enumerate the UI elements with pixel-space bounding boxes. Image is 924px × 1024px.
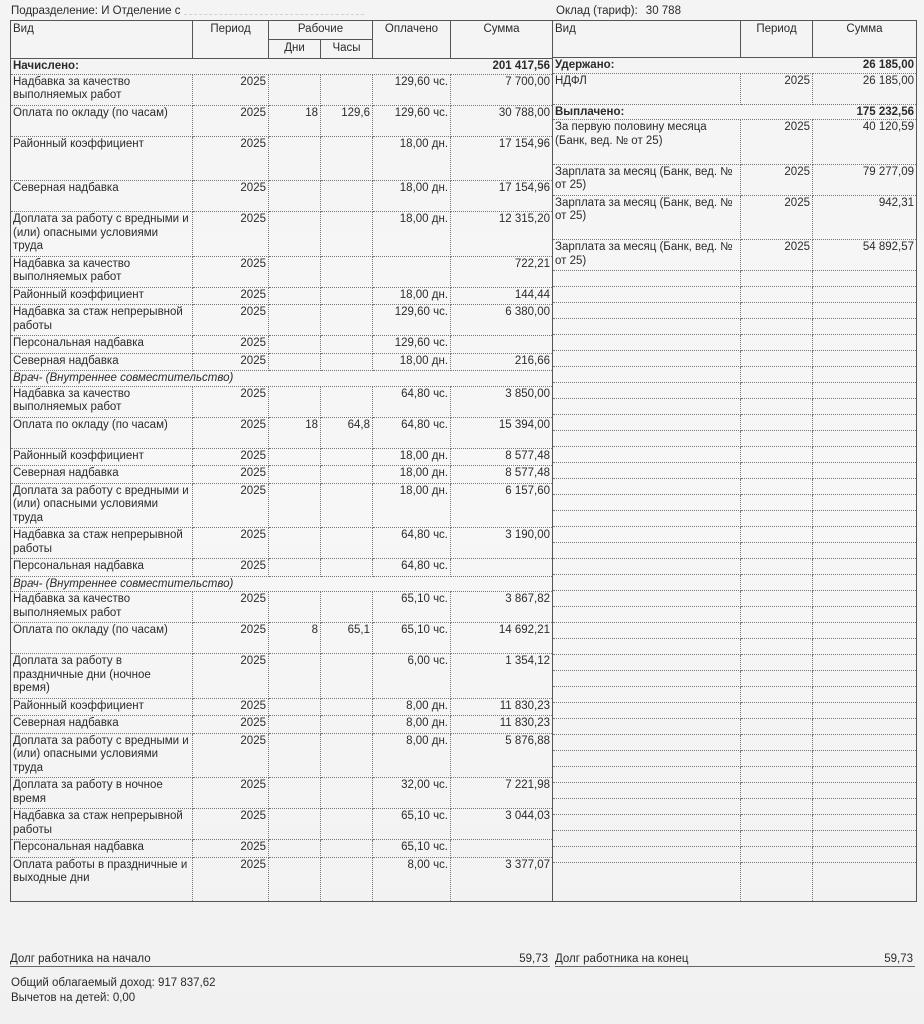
empty-cell <box>813 527 917 543</box>
days-cell <box>269 716 321 734</box>
hours-cell <box>321 716 373 734</box>
debt-end-row: Долг работника на конец 59,73 <box>555 952 915 967</box>
sum-cell: 40 120,59 <box>813 120 917 165</box>
period-cell: 2025 <box>741 164 813 195</box>
sum-cell: 722,21 <box>451 256 553 287</box>
days-cell <box>269 840 321 858</box>
type-cell: Доплата за работу с вредными и (или) опа… <box>11 733 193 778</box>
days-cell <box>269 74 321 105</box>
paid-cell: 64,80 чс. <box>373 528 451 559</box>
paid-cell: 8,00 дн. <box>373 733 451 778</box>
empty-cell <box>813 607 917 623</box>
period-cell: 2025 <box>193 654 269 699</box>
department-label: Подразделение: <box>11 5 98 17</box>
empty-cell <box>741 479 813 495</box>
paid-row: Зарплата за месяц (Банк, вед. № от 25)20… <box>553 195 917 240</box>
period-cell: 2025 <box>193 592 269 623</box>
days-cell <box>269 256 321 287</box>
paid-cell: 129,60 чс. <box>373 336 451 354</box>
paid-cell: 8,00 дн. <box>373 716 451 734</box>
empty-cell <box>741 383 813 399</box>
empty-cell <box>813 271 917 287</box>
empty-cell <box>741 271 813 287</box>
accrual-row: Районный коэффициент202518,00 дн.144,44 <box>11 287 553 305</box>
period-cell: 2025 <box>193 305 269 336</box>
period-cell: 2025 <box>193 212 269 257</box>
days-cell <box>269 336 321 354</box>
empty-row <box>553 783 917 799</box>
empty-cell <box>813 703 917 719</box>
paid-cell: 64,80 чс. <box>373 386 451 417</box>
empty-cell <box>813 591 917 607</box>
empty-row <box>553 671 917 687</box>
salary-value: 30 788 <box>646 5 681 17</box>
empty-row <box>553 319 917 335</box>
child-deductions-line: Вычетов на детей: 0,00 <box>11 991 216 1006</box>
empty-cell <box>741 767 813 783</box>
col-header-sum: Сумма <box>451 21 553 59</box>
empty-cell <box>813 303 917 319</box>
empty-row <box>553 271 917 287</box>
sum-cell: 15 394,00 <box>451 417 553 448</box>
paid-cell: 18,00 дн. <box>373 181 451 212</box>
accrual-row: Оплата работы в праздничные и выходные д… <box>11 857 553 902</box>
empty-cell <box>741 831 813 847</box>
period-cell: 2025 <box>193 778 269 809</box>
empty-cell <box>741 847 813 863</box>
empty-cell <box>813 447 917 463</box>
type-cell: Северная надбавка <box>11 716 193 734</box>
type-cell: Персональная надбавка <box>11 840 193 858</box>
empty-cell <box>813 863 917 902</box>
empty-cell <box>741 719 813 735</box>
period-cell: 2025 <box>193 105 269 136</box>
paid-total-row-value: 175 232,56 <box>813 104 917 120</box>
type-cell: Районный коэффициент <box>11 287 193 305</box>
days-cell <box>269 305 321 336</box>
empty-cell <box>553 383 741 399</box>
sum-cell: 12 315,20 <box>451 212 553 257</box>
accrual-row: Оплата по окладу (по часам)202518129,612… <box>11 105 553 136</box>
sum-cell: 14 692,21 <box>451 623 553 654</box>
empty-cell <box>813 511 917 527</box>
empty-cell <box>741 303 813 319</box>
period-cell: 2025 <box>741 73 813 104</box>
paid-cell: 64,80 чс. <box>373 559 451 577</box>
empty-cell <box>741 527 813 543</box>
empty-cell <box>741 783 813 799</box>
days-cell <box>269 857 321 902</box>
accrual-row: Персональная надбавка202564,80 чс. <box>11 559 553 577</box>
period-cell: 2025 <box>193 623 269 654</box>
empty-cell <box>553 447 741 463</box>
empty-cell <box>741 399 813 415</box>
hours-cell <box>321 136 373 181</box>
period-cell: 2025 <box>193 74 269 105</box>
period-cell: 2025 <box>193 698 269 716</box>
paid-cell: 8,00 дн. <box>373 698 451 716</box>
empty-row <box>553 719 917 735</box>
period-cell: 2025 <box>193 733 269 778</box>
accrual-row: Надбавка за качество выполняемых работ20… <box>11 592 553 623</box>
empty-cell <box>813 687 917 703</box>
type-cell: Северная надбавка <box>11 353 193 371</box>
period-cell: 2025 <box>193 857 269 902</box>
empty-cell <box>741 495 813 511</box>
type-cell: Надбавка за качество выполняемых работ <box>11 592 193 623</box>
section-row: Врач- (Внутреннее совместительство) <box>11 576 553 592</box>
sum-cell: 8 577,48 <box>451 466 553 484</box>
empty-cell <box>813 623 917 639</box>
empty-row <box>553 383 917 399</box>
period-cell: 2025 <box>193 528 269 559</box>
type-cell: Зарплата за месяц (Банк, вед. № от 25) <box>553 240 741 271</box>
empty-cell <box>741 543 813 559</box>
type-cell: Доплата за работу с вредными и (или) опа… <box>11 483 193 528</box>
sum-cell: 216,66 <box>451 353 553 371</box>
sum-cell: 3 377,07 <box>451 857 553 902</box>
empty-row <box>553 799 917 815</box>
empty-row <box>553 335 917 351</box>
col-header-paid: Оплачено <box>373 21 451 59</box>
days-cell: 18 <box>269 417 321 448</box>
empty-cell <box>813 847 917 863</box>
col-header-type: Вид <box>553 21 741 58</box>
empty-cell <box>741 559 813 575</box>
type-cell: Надбавка за качество выполняемых работ <box>11 256 193 287</box>
type-cell: Районный коэффициент <box>11 448 193 466</box>
debt-end-label: Долг работника на конец <box>555 953 688 965</box>
hours-cell <box>321 592 373 623</box>
days-cell: 18 <box>269 105 321 136</box>
empty-cell <box>813 479 917 495</box>
col-header-sum: Сумма <box>813 21 917 58</box>
paid-cell: 32,00 чс. <box>373 778 451 809</box>
period-cell: 2025 <box>741 120 813 165</box>
period-cell: 2025 <box>193 287 269 305</box>
type-cell: Оплата по окладу (по часам) <box>11 623 193 654</box>
empty-cell <box>741 687 813 703</box>
empty-cell <box>741 447 813 463</box>
empty-cell <box>553 815 741 831</box>
accrual-row: Районный коэффициент20258,00 дн.11 830,2… <box>11 698 553 716</box>
hours-cell <box>321 466 373 484</box>
department-value: И Отделение с <box>101 5 180 17</box>
days-cell <box>269 528 321 559</box>
period-cell: 2025 <box>193 181 269 212</box>
sum-cell: 144,44 <box>451 287 553 305</box>
hours-cell <box>321 181 373 212</box>
period-cell: 2025 <box>193 840 269 858</box>
debt-start-label: Долг работника на начало <box>10 953 151 965</box>
col-header-period: Период <box>741 21 813 58</box>
type-cell: Надбавка за качество выполняемых работ <box>11 74 193 105</box>
accrual-row: Оплата по окладу (по часам)20251864,864,… <box>11 417 553 448</box>
hours-cell <box>321 809 373 840</box>
empty-cell <box>553 271 741 287</box>
type-cell: Зарплата за месяц (Банк, вед. № от 25) <box>553 164 741 195</box>
accrual-row: Персональная надбавка202565,10 чс. <box>11 840 553 858</box>
days-cell <box>269 386 321 417</box>
empty-cell <box>553 623 741 639</box>
type-cell: Персональная надбавка <box>11 336 193 354</box>
paid-cell: 18,00 дн. <box>373 466 451 484</box>
hours-cell: 64,8 <box>321 417 373 448</box>
sum-cell: 30 788,00 <box>451 105 553 136</box>
type-cell: Районный коэффициент <box>11 698 193 716</box>
withheld-total-row-value: 26 185,00 <box>813 58 917 74</box>
paid-cell: 64,80 чс. <box>373 417 451 448</box>
paid-cell: 18,00 дн. <box>373 353 451 371</box>
empty-cell <box>741 463 813 479</box>
type-cell: Оплата работы в праздничные и выходные д… <box>11 857 193 902</box>
section-label: Врач- (Внутреннее совместительство) <box>11 371 553 387</box>
empty-cell <box>553 703 741 719</box>
sum-cell: 17 154,96 <box>451 181 553 212</box>
accrual-row: Северная надбавка202518,00 дн.216,66 <box>11 353 553 371</box>
empty-cell <box>813 671 917 687</box>
accrual-row: Надбавка за стаж непрерывной работы20256… <box>11 809 553 840</box>
empty-cell <box>741 703 813 719</box>
empty-cell <box>741 751 813 767</box>
type-cell: Доплата за работу с вредными и (или) опа… <box>11 212 193 257</box>
days-cell <box>269 654 321 699</box>
paid-total-row-label: Выплачено: <box>553 104 813 120</box>
type-cell: Надбавка за качество выполняемых работ <box>11 386 193 417</box>
col-header-working: Рабочие <box>269 21 373 40</box>
type-cell: За первую половину месяца (Банк, вед. № … <box>553 120 741 165</box>
empty-cell <box>813 639 917 655</box>
empty-cell <box>813 719 917 735</box>
empty-row <box>553 575 917 591</box>
col-header-period: Период <box>193 21 269 59</box>
empty-cell <box>553 719 741 735</box>
empty-cell <box>553 847 741 863</box>
paid-cell: 65,10 чс. <box>373 809 451 840</box>
days-cell <box>269 448 321 466</box>
empty-row <box>553 399 917 415</box>
empty-cell <box>741 623 813 639</box>
hours-cell <box>321 287 373 305</box>
taxable-income-label: Общий облагаемый доход: <box>11 977 155 989</box>
empty-cell <box>553 367 741 383</box>
period-cell: 2025 <box>193 466 269 484</box>
hours-cell <box>321 857 373 902</box>
accrual-row: Оплата по окладу (по часам)2025865,165,1… <box>11 623 553 654</box>
accrual-row: Районный коэффициент202518,00 дн.8 577,4… <box>11 448 553 466</box>
sum-cell <box>451 336 553 354</box>
section-row: Врач- (Внутреннее совместительство) <box>11 371 553 387</box>
accrual-row: Надбавка за качество выполняемых работ20… <box>11 74 553 105</box>
paid-cell: 65,10 чс. <box>373 623 451 654</box>
empty-cell <box>813 399 917 415</box>
empty-cell <box>553 495 741 511</box>
sum-cell: 1 354,12 <box>451 654 553 699</box>
days-cell <box>269 778 321 809</box>
paid-cell: 18,00 дн. <box>373 287 451 305</box>
type-cell: Надбавка за стаж непрерывной работы <box>11 305 193 336</box>
period-cell: 2025 <box>193 256 269 287</box>
paid-row: Зарплата за месяц (Банк, вед. № от 25)20… <box>553 164 917 195</box>
empty-row <box>553 751 917 767</box>
accrual-row: Надбавка за стаж непрерывной работы20251… <box>11 305 553 336</box>
empty-row <box>553 767 917 783</box>
empty-cell <box>553 767 741 783</box>
empty-cell <box>813 559 917 575</box>
empty-cell <box>553 639 741 655</box>
empty-cell <box>741 607 813 623</box>
empty-cell <box>813 543 917 559</box>
empty-row <box>553 815 917 831</box>
sum-cell: 3 867,82 <box>451 592 553 623</box>
empty-cell <box>813 735 917 751</box>
paid-cell: 18,00 дн. <box>373 483 451 528</box>
period-cell: 2025 <box>193 483 269 528</box>
type-cell: Надбавка за стаж непрерывной работы <box>11 528 193 559</box>
accrued-total-value: 201 417,56 <box>451 59 553 75</box>
accrual-row: Надбавка за качество выполняемых работ20… <box>11 256 553 287</box>
days-cell <box>269 466 321 484</box>
col-header-hours: Часы <box>321 40 373 59</box>
hours-cell <box>321 212 373 257</box>
days-cell: 8 <box>269 623 321 654</box>
hours-cell <box>321 483 373 528</box>
sum-cell: 8 577,48 <box>451 448 553 466</box>
type-cell: Оплата по окладу (по часам) <box>11 417 193 448</box>
sum-cell: 17 154,96 <box>451 136 553 181</box>
sum-cell <box>451 840 553 858</box>
sum-cell: 5 876,88 <box>451 733 553 778</box>
deductions-table: Вид Период Сумма Удержано:26 185,00НДФЛ2… <box>552 20 917 902</box>
empty-cell <box>813 367 917 383</box>
period-cell: 2025 <box>741 240 813 271</box>
sum-cell: 6 380,00 <box>451 305 553 336</box>
empty-cell <box>553 607 741 623</box>
paid-row: Зарплата за месяц (Банк, вед. № от 25)20… <box>553 240 917 271</box>
empty-cell <box>741 639 813 655</box>
empty-row <box>553 655 917 671</box>
accrual-row: Северная надбавка202518,00 дн.8 577,48 <box>11 466 553 484</box>
sum-cell: 54 892,57 <box>813 240 917 271</box>
hours-cell: 129,6 <box>321 105 373 136</box>
period-cell: 2025 <box>193 448 269 466</box>
deductions-body: Удержано:26 185,00НДФЛ202526 185,00Выпла… <box>553 58 917 902</box>
type-cell: Персональная надбавка <box>11 559 193 577</box>
accrual-row: Доплата за работу с вредными и (или) опа… <box>11 483 553 528</box>
empty-cell <box>741 591 813 607</box>
empty-row <box>553 367 917 383</box>
empty-cell <box>813 415 917 431</box>
days-cell <box>269 287 321 305</box>
sum-cell: 11 830,23 <box>451 698 553 716</box>
empty-cell <box>553 319 741 335</box>
empty-cell <box>553 511 741 527</box>
hours-cell <box>321 448 373 466</box>
redacted-text <box>184 6 364 15</box>
empty-cell <box>741 351 813 367</box>
empty-cell <box>553 591 741 607</box>
empty-cell <box>553 431 741 447</box>
empty-cell <box>813 351 917 367</box>
type-cell: Оплата по окладу (по часам) <box>11 105 193 136</box>
empty-row <box>553 479 917 495</box>
sum-cell: 942,31 <box>813 195 917 240</box>
paid-cell: 8,00 чс. <box>373 857 451 902</box>
type-cell: НДФЛ <box>553 73 741 104</box>
empty-row <box>553 495 917 511</box>
empty-row <box>553 591 917 607</box>
empty-cell <box>741 799 813 815</box>
hours-cell <box>321 733 373 778</box>
type-cell: Северная надбавка <box>11 466 193 484</box>
debt-start-value: 59,73 <box>519 952 548 966</box>
hours-cell: 65,1 <box>321 623 373 654</box>
hours-cell <box>321 778 373 809</box>
days-cell <box>269 353 321 371</box>
department-line: Подразделение: И Отделение с <box>11 4 364 18</box>
empty-cell <box>553 831 741 847</box>
hours-cell <box>321 654 373 699</box>
withheld-total-row-label: Удержано: <box>553 58 813 74</box>
days-cell <box>269 809 321 840</box>
empty-cell <box>813 655 917 671</box>
accruals-body: Начислено: 201 417,56 Надбавка за качест… <box>11 59 553 902</box>
empty-cell <box>553 687 741 703</box>
accrual-row: Надбавка за качество выполняемых работ20… <box>11 386 553 417</box>
sum-cell: 6 157,60 <box>451 483 553 528</box>
withheld-total-row: Удержано:26 185,00 <box>553 58 917 74</box>
paid-cell: 6,00 чс. <box>373 654 451 699</box>
empty-cell <box>553 287 741 303</box>
hours-cell <box>321 840 373 858</box>
paid-row: За первую половину месяца (Банк, вед. № … <box>553 120 917 165</box>
empty-cell <box>553 463 741 479</box>
empty-cell <box>553 351 741 367</box>
accrual-row: Доплата за работу с вредными и (или) опа… <box>11 733 553 778</box>
paid-total-row: Выплачено:175 232,56 <box>553 104 917 120</box>
days-cell <box>269 483 321 528</box>
period-cell: 2025 <box>193 336 269 354</box>
empty-row <box>553 687 917 703</box>
accrual-row: Районный коэффициент202518,00 дн.17 154,… <box>11 136 553 181</box>
paid-cell: 65,10 чс. <box>373 592 451 623</box>
hours-cell <box>321 336 373 354</box>
empty-cell <box>741 575 813 591</box>
debt-start-row: Долг работника на начало 59,73 <box>10 952 550 967</box>
period-cell: 2025 <box>741 195 813 240</box>
type-cell: Доплата за работу в ночное время <box>11 778 193 809</box>
empty-cell <box>553 559 741 575</box>
hours-cell <box>321 353 373 371</box>
empty-row <box>553 431 917 447</box>
accrued-total-row: Начислено: 201 417,56 <box>11 59 553 75</box>
empty-cell <box>813 799 917 815</box>
hours-cell <box>321 559 373 577</box>
period-cell: 2025 <box>193 386 269 417</box>
empty-cell <box>553 303 741 319</box>
child-deductions-value: 0,00 <box>113 992 135 1004</box>
accrual-row: Северная надбавка20258,00 дн.11 830,23 <box>11 716 553 734</box>
hours-cell <box>321 386 373 417</box>
col-header-days: Дни <box>269 40 321 59</box>
empty-cell <box>553 735 741 751</box>
days-cell <box>269 136 321 181</box>
empty-cell <box>553 335 741 351</box>
accrual-row: Доплата за работу с вредными и (или) опа… <box>11 212 553 257</box>
empty-row <box>553 607 917 623</box>
empty-cell <box>741 367 813 383</box>
days-cell <box>269 733 321 778</box>
